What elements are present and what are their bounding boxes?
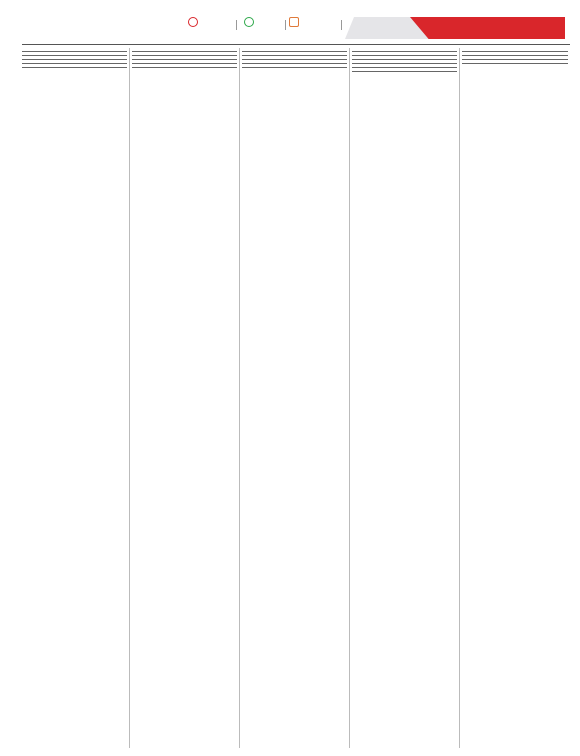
legal-notice [132, 51, 237, 53]
legal-notice [242, 67, 347, 69]
whatsapp-icon [244, 17, 254, 27]
legal-notice [352, 59, 457, 61]
legal-notice [242, 63, 347, 65]
legal-notice [132, 63, 237, 65]
legal-notice [22, 48, 127, 49]
legal-notice [352, 55, 457, 57]
legal-notice [462, 48, 568, 49]
classifieds-columns [22, 48, 570, 748]
legal-notice [22, 63, 127, 65]
legal-notice [132, 59, 237, 61]
legal-notice [22, 59, 127, 61]
legal-notice [242, 48, 347, 49]
legal-notice [242, 51, 347, 53]
phone-icon [188, 17, 198, 27]
email-contact[interactable] [289, 14, 301, 30]
legal-notice [462, 63, 568, 65]
page-header [0, 0, 580, 46]
divider [341, 20, 342, 30]
column-2 [132, 48, 240, 748]
divider [285, 20, 286, 30]
legal-notice [132, 48, 237, 49]
legal-notice [22, 67, 127, 69]
legal-notice [352, 71, 457, 73]
customer-service-contact[interactable] [188, 14, 200, 30]
legal-notice [352, 48, 457, 49]
legal-notice [462, 59, 568, 61]
header-rule [22, 44, 570, 45]
section-banner [410, 17, 565, 39]
legal-notice [22, 51, 127, 53]
legal-notice [242, 55, 347, 57]
column-5 [462, 48, 570, 748]
email-icon [289, 17, 299, 27]
legal-notice [132, 67, 237, 69]
column-4 [352, 48, 460, 748]
legal-notice [352, 63, 457, 65]
legal-notice [352, 51, 457, 53]
column-3 [242, 48, 350, 748]
legal-notice [242, 59, 347, 61]
legal-notice [462, 51, 568, 53]
legal-notice [462, 55, 568, 57]
legal-notice [352, 67, 457, 69]
divider [236, 20, 237, 30]
legal-notice [22, 55, 127, 57]
legal-notice [132, 55, 237, 57]
column-1 [22, 48, 130, 748]
whatsapp-contact[interactable] [244, 14, 256, 30]
